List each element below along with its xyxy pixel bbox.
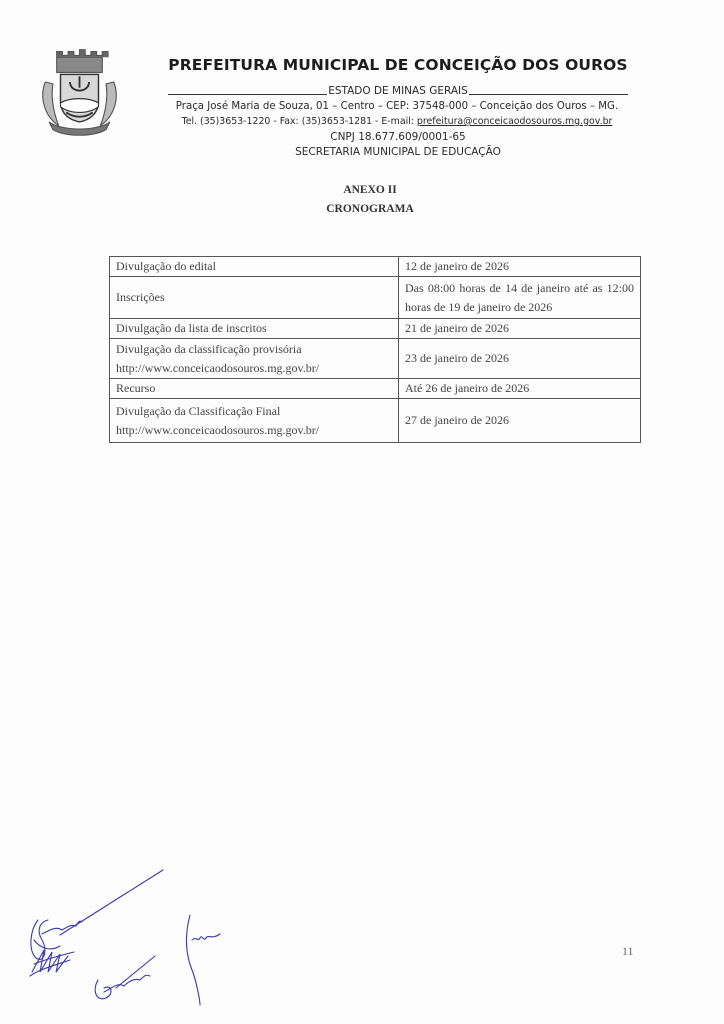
date-cell: 23 de janeiro de 2026: [399, 339, 641, 379]
email-link[interactable]: prefeitura@conceicaodosouros.mg.gov.br: [417, 116, 612, 127]
rule-right: [469, 94, 628, 95]
table-row: Divulgação do edital 12 de janeiro de 20…: [110, 257, 641, 277]
event-name: Divulgação da Classificação Final: [116, 402, 392, 421]
table-row: Inscrições Das 08:00 horas de 14 de jane…: [110, 277, 641, 319]
annex-label: ANEXO II: [250, 184, 490, 196]
phone-fax: Tel. (35)3653-1220 - Fax: (35)3653-1281 …: [182, 116, 417, 127]
address: Praça José Maria de Souza, 01 – Centro –…: [164, 101, 630, 112]
cnpj: CNPJ 18.677.609/0001-65: [168, 131, 628, 143]
table-row: Divulgação da Classificação Final http:/…: [110, 399, 641, 443]
coat-of-arms-icon: [32, 44, 127, 139]
signatures-icon: [0, 860, 270, 1020]
event-cell: Divulgação do edital: [110, 257, 399, 277]
event-link[interactable]: http://www.conceicaodosouros.mg.gov.br/: [116, 359, 392, 378]
event-name: Recurso: [116, 381, 155, 395]
table-row: Divulgação da lista de inscritos 21 de j…: [110, 319, 641, 339]
annex-title: CRONOGRAMA: [250, 203, 490, 215]
rule-left: [168, 94, 327, 95]
event-cell: Divulgação da Classificação Final http:/…: [110, 399, 399, 443]
event-name: Inscrições: [116, 290, 165, 304]
municipality-title: PREFEITURA MUNICIPAL DE CONCEIÇÃO DOS OU…: [168, 56, 628, 74]
state-line: ESTADO DE MINAS GERAIS: [168, 85, 628, 97]
event-name: Divulgação do edital: [116, 259, 216, 273]
table-row: Recurso Até 26 de janeiro de 2026: [110, 379, 641, 399]
date-cell: 21 de janeiro de 2026: [399, 319, 641, 339]
event-cell: Divulgação da lista de inscritos: [110, 319, 399, 339]
event-name: Divulgação da lista de inscritos: [116, 321, 267, 335]
state-name: ESTADO DE MINAS GERAIS: [327, 85, 469, 97]
contact-line: Tel. (35)3653-1220 - Fax: (35)3653-1281 …: [164, 116, 630, 127]
schedule-table: Divulgação do edital 12 de janeiro de 20…: [109, 256, 641, 443]
date-cell: Até 26 de janeiro de 2026: [399, 379, 641, 399]
table-row: Divulgação da classificação provisória h…: [110, 339, 641, 379]
event-cell: Recurso: [110, 379, 399, 399]
date-cell: 12 de janeiro de 2026: [399, 257, 641, 277]
department: SECRETARIA MUNICIPAL DE EDUCAÇÃO: [168, 146, 628, 158]
date-cell: 27 de janeiro de 2026: [399, 399, 641, 443]
document-page: PREFEITURA MUNICIPAL DE CONCEIÇÃO DOS OU…: [0, 0, 724, 1024]
event-cell: Inscrições: [110, 277, 399, 319]
event-name: Divulgação da classificação provisória: [116, 340, 392, 359]
event-link[interactable]: http://www.conceicaodosouros.mg.gov.br/: [116, 421, 392, 440]
page-number: 11: [622, 944, 634, 959]
event-cell: Divulgação da classificação provisória h…: [110, 339, 399, 379]
date-cell: Das 08:00 horas de 14 de janeiro até as …: [399, 277, 641, 319]
